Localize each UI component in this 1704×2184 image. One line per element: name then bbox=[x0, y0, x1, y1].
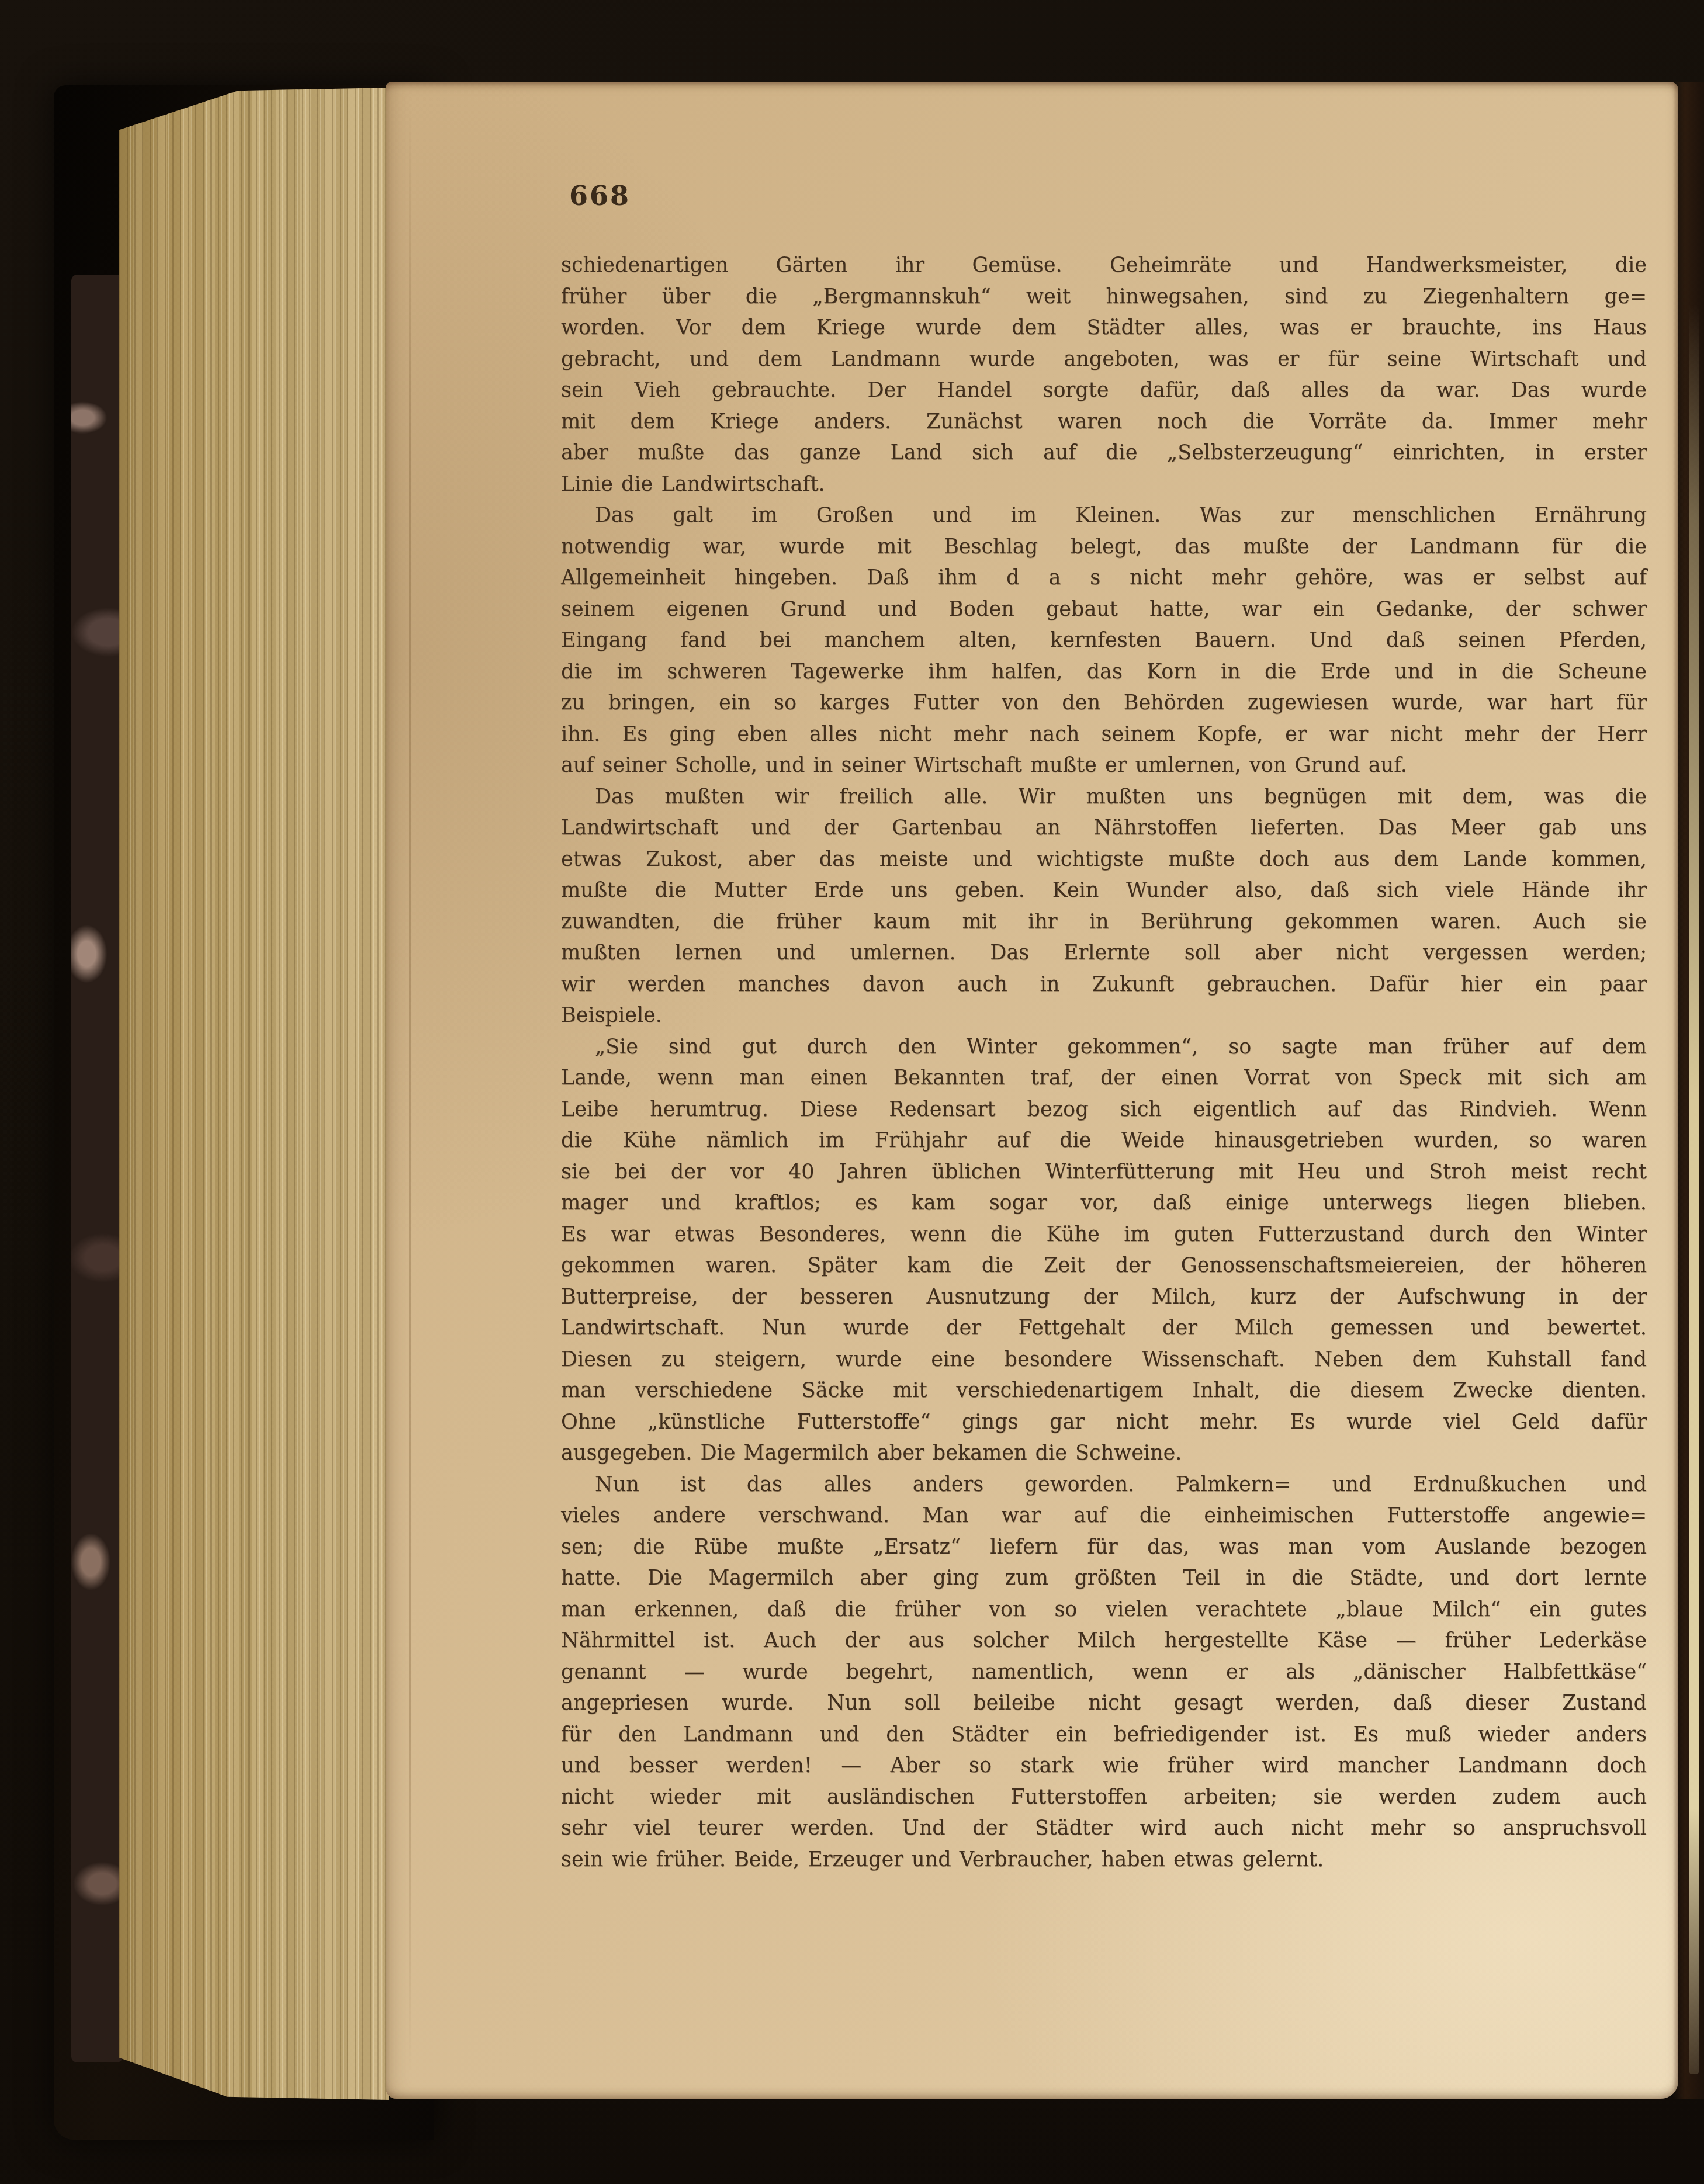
text-line: ausgegeben. Die Magermilch aber bekamen … bbox=[561, 1438, 1647, 1469]
text-line: Eingang fand bei manchem alten, kernfest… bbox=[561, 625, 1647, 657]
text-line: die im schweren Tagewerke ihm halfen, da… bbox=[561, 657, 1647, 688]
text-line: angepriesen wurde. Nun soll beileibe nic… bbox=[561, 1688, 1647, 1720]
text-line: die Kühe nämlich im Frühjahr auf die Wei… bbox=[561, 1125, 1647, 1157]
text-column: schiedenartigen Gärten ihr Gemüse. Gehei… bbox=[561, 250, 1647, 1876]
text-line: Landwirtschaft. Nun wurde der Fettgehalt… bbox=[561, 1313, 1647, 1344]
opposite-page-edge-sliver bbox=[1689, 304, 1699, 2074]
text-line: man verschiedene Säcke mit verschiedenar… bbox=[561, 1375, 1647, 1407]
text-line: Beispiele. bbox=[561, 1000, 1647, 1032]
text-line: genannt — wurde begehrt, namentlich, wen… bbox=[561, 1657, 1647, 1689]
text-line: aber mußte das ganze Land sich auf die „… bbox=[561, 438, 1647, 469]
text-line: worden. Vor dem Kriege wurde dem Städter… bbox=[561, 313, 1647, 344]
text-line: „Sie sind gut durch den Winter gekommen“… bbox=[561, 1032, 1647, 1063]
text-line: Es war etwas Besonderes, wenn die Kühe i… bbox=[561, 1219, 1647, 1251]
text-line: früher über die „Bergmannskuh“ weit hinw… bbox=[561, 282, 1647, 313]
text-line: mußte die Mutter Erde uns geben. Kein Wu… bbox=[561, 875, 1647, 907]
text-line: Diesen zu steigern, wurde eine besondere… bbox=[561, 1344, 1647, 1376]
text-line: zu bringen, ein so karges Futter von den… bbox=[561, 688, 1647, 719]
text-line: Leibe herumtrug. Diese Redensart bezog s… bbox=[561, 1094, 1647, 1126]
marbled-endpaper bbox=[71, 275, 123, 2062]
text-line: sein Vieh gebrauchte. Der Handel sorgte … bbox=[561, 375, 1647, 407]
text-line: Das mußten wir freilich alle. Wir mußten… bbox=[561, 782, 1647, 813]
text-line: Lande, wenn man einen Bekannten traf, de… bbox=[561, 1063, 1647, 1094]
text-line: gekommen waren. Später kam die Zeit der … bbox=[561, 1250, 1647, 1282]
text-line: ihn. Es ging eben alles nicht mehr nach … bbox=[561, 719, 1647, 751]
text-line: Allgemeinheit hingeben. Daß ihm d a s ni… bbox=[561, 563, 1647, 594]
text-line: für den Landmann und den Städter ein bef… bbox=[561, 1720, 1647, 1751]
text-line: gebracht, und dem Landmann wurde angebot… bbox=[561, 344, 1647, 376]
text-line: nicht wieder mit ausländischen Futtersto… bbox=[561, 1782, 1647, 1814]
page-number: 668 bbox=[569, 180, 631, 212]
text-line: Linie die Landwirtschaft. bbox=[561, 469, 1647, 501]
text-line: Landwirtschaft und der Gartenbau an Nähr… bbox=[561, 813, 1647, 844]
text-line: und besser werden! — Aber so stark wie f… bbox=[561, 1750, 1647, 1782]
page-edge-stack bbox=[119, 88, 389, 2100]
text-line: notwendig war, wurde mit Beschlag belegt… bbox=[561, 532, 1647, 563]
text-line: mit dem Kriege anders. Zunächst waren no… bbox=[561, 407, 1647, 438]
text-line: zuwandten, die früher kaum mit ihr in Be… bbox=[561, 907, 1647, 938]
text-line: Das galt im Großen und im Kleinen. Was z… bbox=[561, 500, 1647, 532]
text-line: sehr viel teurer werden. Und der Städter… bbox=[561, 1813, 1647, 1845]
text-line: mußten lernen und umlernen. Das Erlernte… bbox=[561, 938, 1647, 969]
text-line: man erkennen, daß die früher von so viel… bbox=[561, 1594, 1647, 1626]
text-line: wir werden manches davon auch in Zukunft… bbox=[561, 969, 1647, 1001]
text-line: schiedenartigen Gärten ihr Gemüse. Gehei… bbox=[561, 250, 1647, 282]
text-line: sie bei der vor 40 Jahren üblichen Winte… bbox=[561, 1157, 1647, 1188]
text-line: Butterpreise, der besseren Ausnutzung de… bbox=[561, 1282, 1647, 1313]
text-line: Nährmittel ist. Auch der aus solcher Mil… bbox=[561, 1625, 1647, 1657]
text-line: Ohne „künstliche Futterstoffe“ gings gar… bbox=[561, 1407, 1647, 1438]
text-line: mager und kraftlos; es kam sogar vor, da… bbox=[561, 1188, 1647, 1219]
page-crease bbox=[409, 99, 411, 2074]
text-line: etwas Zukost, aber das meiste und wichti… bbox=[561, 844, 1647, 876]
text-line: sen; die Rübe mußte „Ersatz“ liefern für… bbox=[561, 1532, 1647, 1564]
text-line: hatte. Die Magermilch aber ging zum größ… bbox=[561, 1563, 1647, 1594]
text-line: seinem eigenen Grund und Boden gebaut ha… bbox=[561, 594, 1647, 626]
text-line: Nun ist das alles anders geworden. Palmk… bbox=[561, 1469, 1647, 1501]
text-line: sein wie früher. Beide, Erzeuger und Ver… bbox=[561, 1845, 1647, 1876]
text-line: vieles andere verschwand. Man war auf di… bbox=[561, 1500, 1647, 1532]
text-line: auf seiner Scholle, und in seiner Wirtsc… bbox=[561, 750, 1647, 782]
